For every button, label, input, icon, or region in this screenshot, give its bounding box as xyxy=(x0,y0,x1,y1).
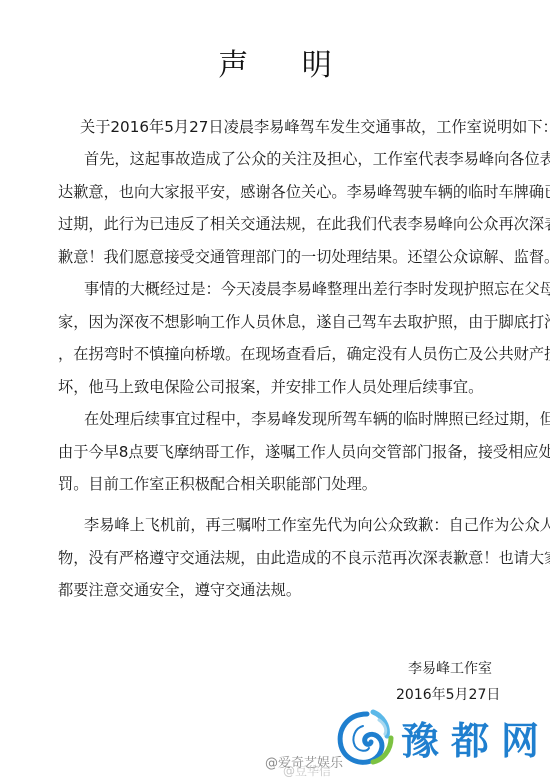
swirl-logo-icon xyxy=(333,708,397,774)
paragraph-line: 都要注意交通安全，遵守交通法规。 xyxy=(58,574,508,607)
paragraph-line: 在处理后续事宜过程中，李易峰发现所驾车辆的临时牌照已经过期，但 xyxy=(58,403,508,436)
paragraph-incident: 事情的大概经过是：今天凌晨李易峰整理出差行李时发现护照忘在父母 家，因为深夜不想… xyxy=(58,273,508,403)
signature-date: 2016年5月27日 xyxy=(396,684,500,704)
paragraph-closing: 李易峰上飞机前，再三嘱咐工作室先代为向公众致歉：自己作为公众人 物，没有严格遵守… xyxy=(58,509,508,607)
paragraph-line: 达歉意，也向大家报平安，感谢各位关心。李易峰驾驶车辆的临时车牌确已 xyxy=(58,176,508,209)
paragraph-apology: 首先，这起事故造成了公众的关注及担心，工作室代表李易峰向各位表 达歉意，也向大家… xyxy=(58,143,508,273)
paragraph-followup: 在处理后续事宜过程中，李易峰发现所驾车辆的临时牌照已经过期，但 由于今早8点要飞… xyxy=(58,403,508,501)
paragraph-line: 罚。目前工作室正积极配合相关职能部门处理。 xyxy=(58,468,508,501)
intro-line: 关于2016年5月27日凌晨李易峰驾车发生交通事故，工作室说明如下： xyxy=(80,117,520,138)
logo-text: 豫都网 xyxy=(401,710,550,765)
signature-name: 李易峰工作室 xyxy=(408,658,492,678)
paragraph-line: 首先，这起事故造成了公众的关注及担心，工作室代表李易峰向各位表 xyxy=(58,143,508,176)
site-logo: 豫都网 xyxy=(333,708,545,768)
paragraph-line: 过期，此行为已违反了相关交通法规，在此我们代表李易峰向公众再次深表 xyxy=(58,208,508,241)
paragraph-line: 家，因为深夜不想影响工作人员休息，遂自己驾车去取护照，由于脚底打滑 xyxy=(58,306,508,339)
ghost-watermark: @豆华信 xyxy=(283,762,331,777)
paragraph-line: ，在拐弯时不慎撞向桥墩。在现场查看后，确定没有人员伤亡及公共财产损 xyxy=(58,338,508,371)
paragraph-line: 事情的大概经过是：今天凌晨李易峰整理出差行李时发现护照忘在父母 xyxy=(58,273,508,306)
paragraph-line: 由于今早8点要飞摩纳哥工作，遂嘱工作人员向交管部门报备，接受相应处 xyxy=(58,436,508,469)
paragraph-line: 物，没有严格遵守交通法规，由此造成的不良示范再次深表歉意！也请大家 xyxy=(58,542,508,575)
page-title: 声 明 xyxy=(0,40,550,84)
paragraph-line: 李易峰上飞机前，再三嘱咐工作室先代为向公众致歉：自己作为公众人 xyxy=(58,509,508,542)
paragraph-line: 坏，他马上致电保险公司报案，并安排工作人员处理后续事宜。 xyxy=(58,371,508,404)
paragraph-line: 歉意！我们愿意接受交通管理部门的一切处理结果。还望公众谅解、监督。 xyxy=(58,241,508,274)
